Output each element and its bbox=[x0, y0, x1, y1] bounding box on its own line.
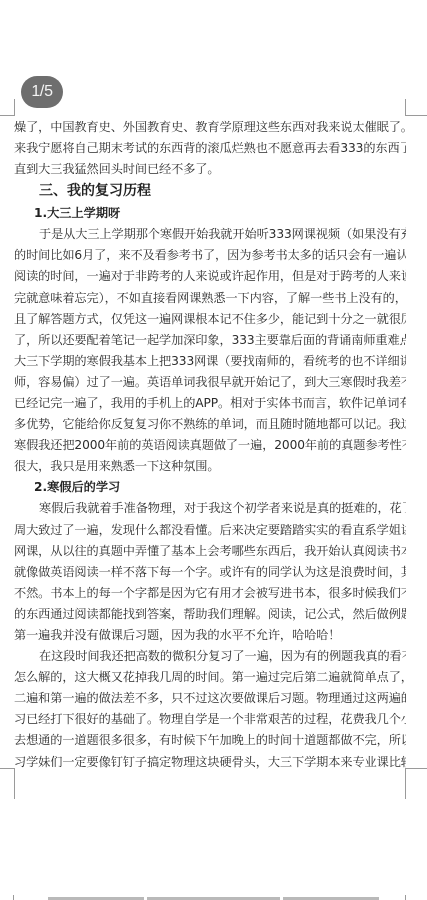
text-line: 网课，从以往的真题中弄懂了基本上会考哪些东西后，我开始认真阅读书本， bbox=[14, 541, 406, 562]
text-line: 二遍和第一遍的做法差不多，只不过这次要做课后习题。物理通过这两遍的复 bbox=[14, 688, 406, 709]
text-line: 怎么解的，这大概又花掉我几周的时间。第一遍过完后第二遍就简单点了，第 bbox=[14, 667, 406, 688]
text-line: 寒假我还把2000年前的英语阅读真题做了一遍，2000年前的真题参考性不是 bbox=[14, 435, 406, 456]
text-line: 已经记完一遍了，我用的手机上的APP。相对于实体书而言，软件记单词有很 bbox=[14, 393, 406, 414]
page-corner-mark-top-left bbox=[0, 99, 15, 116]
page-corner-mark-bottom-right bbox=[405, 768, 427, 799]
text-line: 习学妹们一定要像钉钉子搞定物理这块硬骨头，大三下学期本来专业课比较 bbox=[14, 752, 406, 773]
subsection-heading-1: 1.大三上学期呀 bbox=[14, 203, 406, 224]
text-line: 寒假后我就着手准备物理，对于我这个初学者来说是真的挺难的，花了几 bbox=[14, 498, 406, 519]
intro-paragraph: 燥了，中国教育史、外国教育史、教育学原理这些东西对我来说太催眠了。后 来我宁愿将… bbox=[14, 117, 406, 180]
text-line: 去想通的一道题很多很多，有时候下午加晚上的时间十道题都做不完，所以学 bbox=[14, 730, 406, 751]
text-line: 周大致过了一遍，发现什么都没看懂。后来决定要踏踏实实的看直系学姐讲的 bbox=[14, 520, 406, 541]
text-line: 完就意味着忘完），不如直接看网课熟悉一下内容，了解一些书上没有的，并 bbox=[14, 288, 406, 309]
text-line: 习已经打下很好的基础了。物理自学是一个非常艰苦的过程，花费我几个小时 bbox=[14, 709, 406, 730]
text-line: 直到大三我猛然回头时间已经不多了。 bbox=[14, 159, 406, 180]
text-line: 的东西通过阅读都能找到答案，帮助我们理解。阅读，记公式，然后做例题。 bbox=[14, 604, 406, 625]
next-page-corner-mark-left bbox=[13, 895, 15, 900]
text-line: 于是从大三上学期那个寒假开始我就开始听333网课视频（如果没有充足 bbox=[14, 224, 406, 245]
page-indicator-badge: 1/5 bbox=[21, 76, 63, 108]
text-line: 不然。书本上的每一个字都是因为它有用才会被写进书本，很多时候我们不懂 bbox=[14, 583, 406, 604]
page-content: 燥了，中国教育史、外国教育史、教育学原理这些东西对我来说太催眠了。后 来我宁愿将… bbox=[14, 117, 406, 773]
text-line: 师，容易偏）过了一遍。英语单词我很早就开始记了，到大三寒假时我差不多 bbox=[14, 372, 406, 393]
page-corner-mark-bottom-left bbox=[0, 768, 15, 799]
text-line: 在这段时间我还把高数的微积分复习了一遍，因为有的例题我真的看不懂 bbox=[14, 646, 406, 667]
subsection-2-paragraph-2: 在这段时间我还把高数的微积分复习了一遍，因为有的例题我真的看不懂 怎么解的，这大… bbox=[14, 646, 406, 773]
text-line: 大三下学期的寒假我基本上把333网课（要找南师的，看统考的也不详细讲南 bbox=[14, 351, 406, 372]
text-line: 的时间比如6月了，来不及看参考书了，因为参考书太多的话只会有一遍认真 bbox=[14, 245, 406, 266]
text-line: 阅读的时间，一遍对于非跨考的人来说或许起作用，但是对于跨考的人来说读 bbox=[14, 266, 406, 287]
next-page-corner-mark-right bbox=[405, 895, 407, 900]
section-heading: 三、我的复习历程 bbox=[14, 180, 406, 203]
text-line: 了，所以还要配着笔记一起学加深印象，333主要靠后面的背诵南师重难点。 bbox=[14, 330, 406, 351]
page-corner-mark-top-right bbox=[405, 99, 427, 116]
text-line: 且了解答题方式，仅凭这一遍网课根本记不住多少，能记到十分之一就很厉害 bbox=[14, 309, 406, 330]
text-line: 多优势，它能给你反复复习你不熟练的单词，而且随时随地都可以记。我这个 bbox=[14, 414, 406, 435]
text-line: 燥了，中国教育史、外国教育史、教育学原理这些东西对我来说太催眠了。后 bbox=[14, 117, 406, 138]
subsection-1-paragraph: 于是从大三上学期那个寒假开始我就开始听333网课视频（如果没有充足 的时间比如6… bbox=[14, 224, 406, 477]
text-line: 第一遍我并没有做课后习题，因为我的水平不允许，哈哈哈！ bbox=[14, 625, 406, 646]
text-line: 就像做英语阅读一样不落下每一个字。或许有的同学认为这是浪费时间，其实 bbox=[14, 562, 406, 583]
subsection-heading-2: 2.寒假后的学习 bbox=[14, 477, 406, 498]
text-line: 来我宁愿将自己期末考试的东西背的滚瓜烂熟也不愿意再去看333的东西了， bbox=[14, 138, 406, 159]
text-line: 很大，我只是用来熟悉一下这种氛围。 bbox=[14, 456, 406, 477]
subsection-2-paragraph-1: 寒假后我就着手准备物理，对于我这个初学者来说是真的挺难的，花了几 周大致过了一遍… bbox=[14, 498, 406, 646]
